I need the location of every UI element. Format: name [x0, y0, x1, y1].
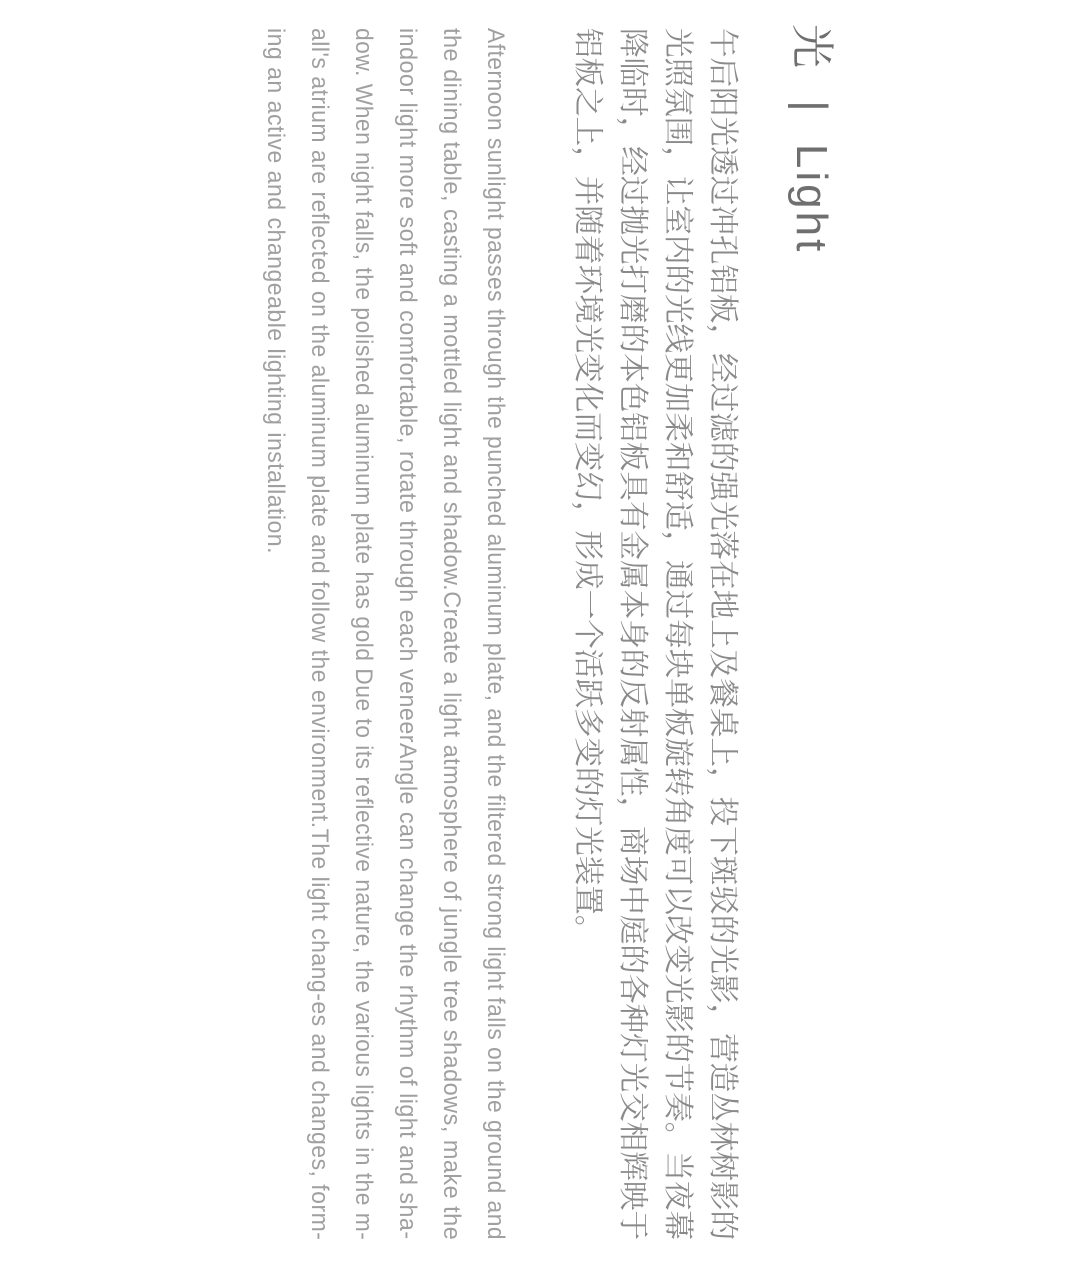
zh-line-4: 铝板之上，并随着环境光变化而变幻，形成一个活跃多变的灯光装置。	[565, 28, 610, 1240]
en-line-3-text: indoor light more soft and comfortable, …	[385, 28, 429, 1240]
en-line-2: the dining table, casting a mottled ligh…	[429, 28, 473, 1240]
en-line-5-text: all's atrium are reflected on the alumin…	[297, 28, 341, 1240]
en-line-6: ing an active and changeable lighting in…	[253, 28, 297, 1240]
rotated-document: 光 | Light 午后阳光透过冲孔铝板，经过滤的强光落在地上及餐桌上，投下斑驳…	[0, 0, 1080, 1265]
zh-line-2-text: 光照氛围，让室内的光线更加柔和舒适，通过每块单板旋转角度可以改变光影的节奏。当夜…	[655, 28, 700, 1240]
en-line-2-text: the dining table, casting a mottled ligh…	[429, 28, 473, 1240]
chinese-paragraph: 午后阳光透过冲孔铝板，经过滤的强光落在地上及餐桌上，投下斑驳的光影，营造丛林树影…	[565, 28, 745, 1240]
article-page: 光 | Light 午后阳光透过冲孔铝板，经过滤的强光落在地上及餐桌上，投下斑驳…	[0, 0, 1080, 1265]
zh-line-3: 降临时，经过抛光打磨的本色铝板具有金属本身的反射属性，商场中庭的各种灯光交相辉映…	[610, 28, 655, 1240]
english-paragraph: Afternoon sunlight passes through the pu…	[253, 28, 517, 1240]
en-line-3: indoor light more soft and comfortable, …	[385, 28, 429, 1240]
en-line-1-text: Afternoon sunlight passes through the pu…	[473, 28, 517, 1240]
en-line-4: dow. When night falls, the polished alum…	[341, 28, 385, 1240]
zh-line-1: 午后阳光透过冲孔铝板，经过滤的强光落在地上及餐桌上，投下斑驳的光影，营造丛林树影…	[700, 28, 745, 1240]
en-line-1: Afternoon sunlight passes through the pu…	[473, 28, 517, 1240]
zh-line-4-text: 铝板之上，并随着环境光变化而变幻，形成一个活跃多变的灯光装置。	[565, 28, 610, 944]
zh-line-2: 光照氛围，让室内的光线更加柔和舒适，通过每块单板旋转角度可以改变光影的节奏。当夜…	[655, 28, 700, 1240]
page-title: 光 | Light	[786, 24, 836, 1240]
page-title-text: 光 | Light	[786, 24, 836, 254]
en-line-4-text: dow. When night falls, the polished alum…	[341, 28, 385, 1240]
en-line-5: all's atrium are reflected on the alumin…	[297, 28, 341, 1240]
zh-line-3-text: 降临时，经过抛光打磨的本色铝板具有金属本身的反射属性，商场中庭的各种灯光交相辉映…	[610, 28, 655, 1240]
en-line-6-text: ing an active and changeable lighting in…	[253, 28, 297, 554]
zh-line-1-text: 午后阳光透过冲孔铝板，经过滤的强光落在地上及餐桌上，投下斑驳的光影，营造丛林树影…	[700, 28, 745, 1240]
